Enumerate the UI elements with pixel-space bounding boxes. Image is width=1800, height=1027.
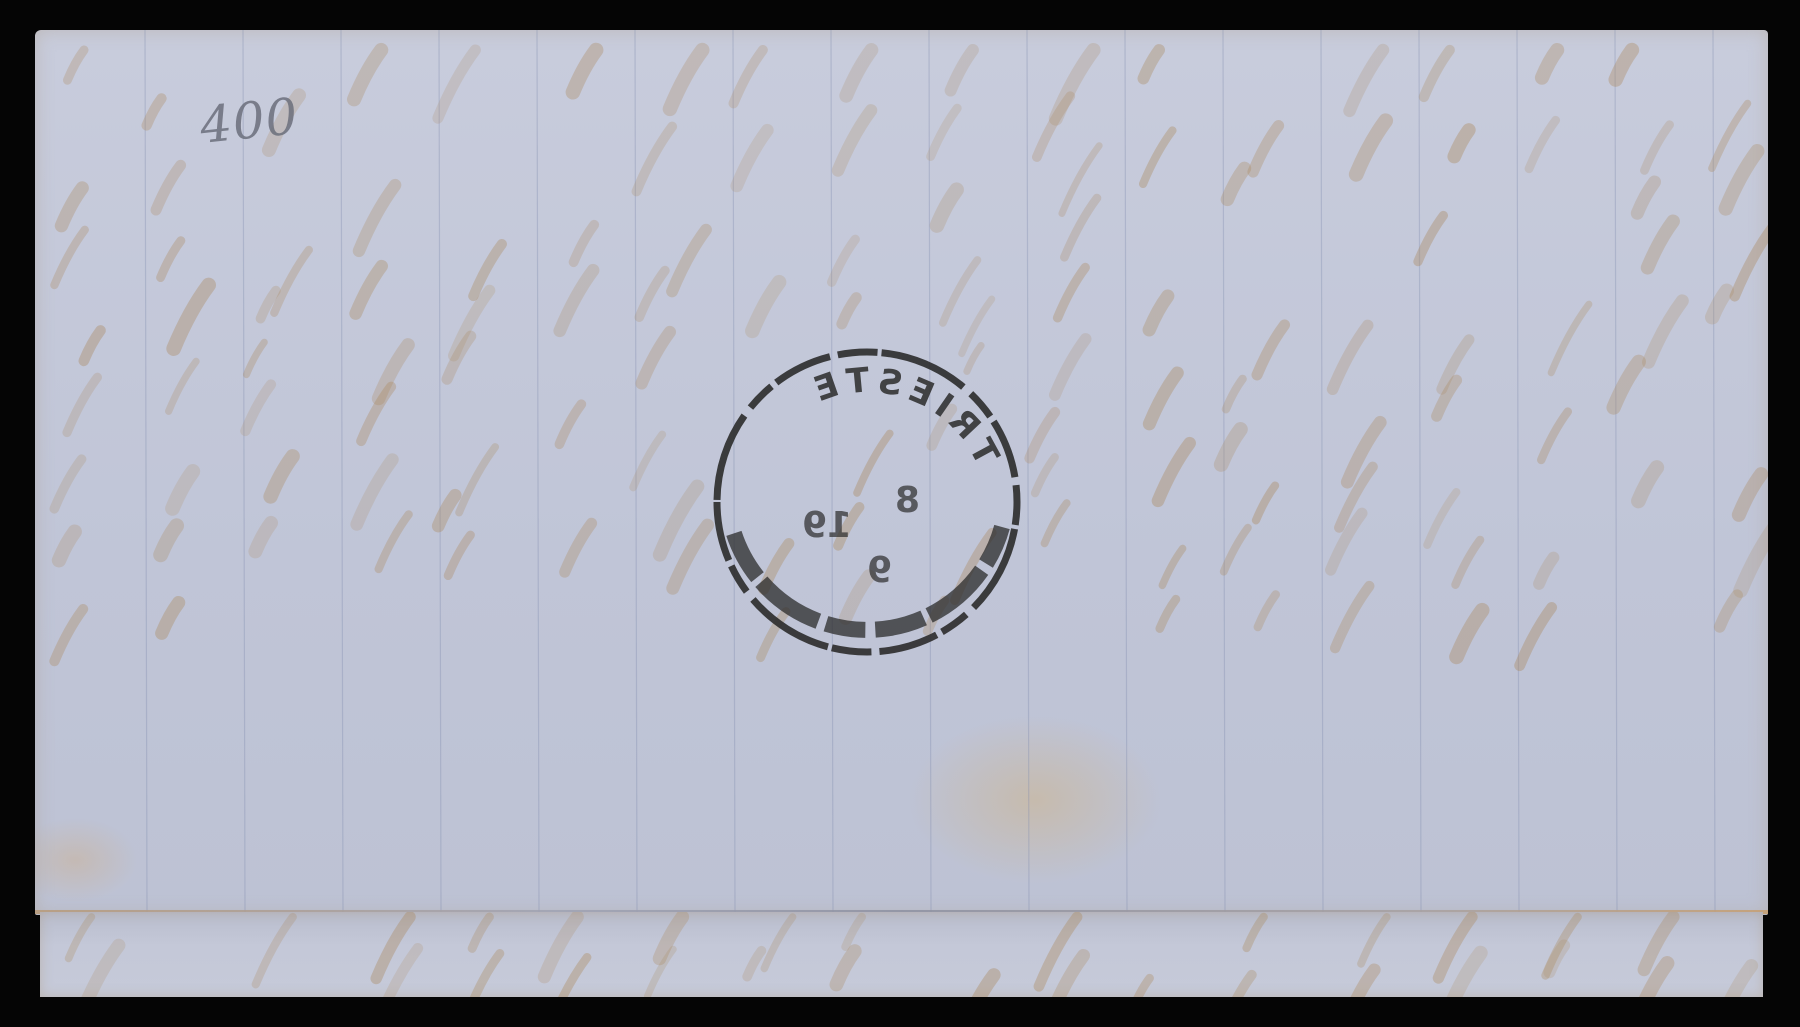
postmark-cancel: TRIESTE 8 19 9	[702, 337, 1032, 667]
pencil-notation: 400	[197, 87, 301, 155]
postmark-date-2: 19	[802, 505, 852, 546]
postmark-date-3: 9	[867, 550, 892, 591]
svg-text:TRIESTE: TRIESTE	[803, 360, 1006, 471]
postmark-town: TRIESTE	[803, 360, 1006, 471]
postmark-date-1: 8	[895, 480, 920, 521]
flap-ink-show-through	[40, 912, 1763, 997]
lower-fold-flap	[40, 912, 1763, 997]
postmark-stamp-icon: TRIESTE 8 19 9	[702, 337, 1032, 667]
